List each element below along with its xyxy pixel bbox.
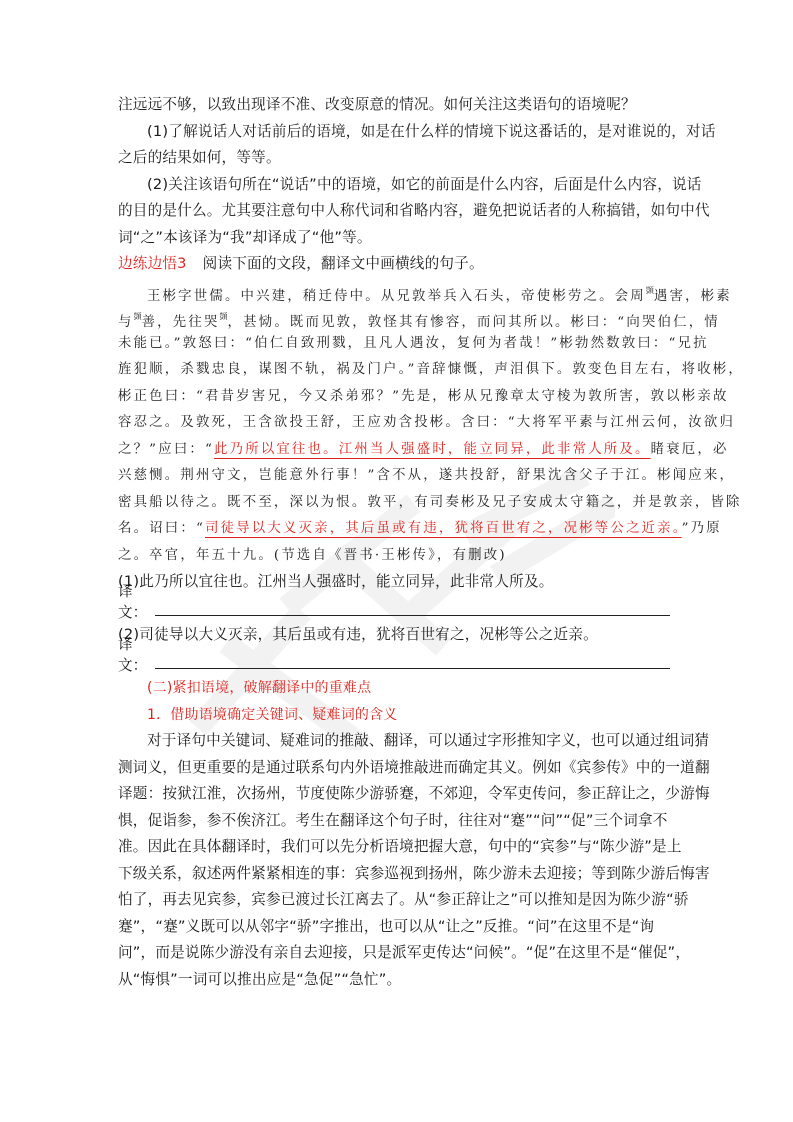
question-1: (1)此乃所以宜往也。江州当人强盛时，能立同异，此非常人所及。 xyxy=(118,569,670,596)
passage-line: 之？”应曰：“此乃所以宜往也。江州当人强盛时，能立同异，此非常人所及。睹衰厄，必 xyxy=(118,437,670,464)
section2-body-line: 下级关系，叙述两件紧紧相连的事：宾参巡视到扬州，陈少游未去迎接；等到陈少游后悔害 xyxy=(118,861,670,888)
exercise-header: 边练边悟3阅读下面的文段，翻译文中画横线的句子。 xyxy=(118,251,670,278)
passage-line: 容忍之。及敦死，王含欲投王舒，王应劝含投彬。含曰：“大将军平素与江州云何，汝欲归 xyxy=(118,410,670,437)
point1-line1: (1)了解说话人对话前后的语境，如是在什么样的情境下说这番话的，是对谁说的，对话 xyxy=(118,119,670,146)
question-2: (2)司徒导以大义灭亲，其后虽或有违，犹将百世宥之，况彬等公之近亲。 xyxy=(118,622,670,649)
section2-body-line: 译题：按狱江淮，次扬州，节度使陈少游骄蹇，不郊迎，令军吏传问，参正辞让之，少游悔 xyxy=(118,781,670,808)
section2-body-line: 蹇”，“蹇”义既可以从邻字“骄”字推出，也可以从“让之”反推。“问”在这里不是“… xyxy=(118,914,670,941)
passage-line: 王彬字世儒。中兴建，稍迁侍中。从兄敦举兵入石头，帝使彬劳之。会周顗遇害，彬素 xyxy=(118,278,670,305)
exercise-label: 边练边悟3 xyxy=(118,255,187,272)
exercise-instruction: 阅读下面的文段，翻译文中画横线的句子。 xyxy=(203,255,484,272)
section2-body-line: 测词义，但更重要的是通过联系句内外语境推敲进而确定其义。例如《宾参传》中的一道翻 xyxy=(118,755,670,782)
answer-field-2[interactable] xyxy=(155,648,670,669)
point2-line2: 的目的是什么。尤其要注意句中人称代词和省略内容，避免把说话者的人称搞错，如句中代 xyxy=(118,198,670,225)
passage-line: 彬正色曰：“君昔岁害兄，今又杀弟邪？”先是，彬从兄豫章太守棱为敦所害，敦以彬亲故 xyxy=(118,384,670,411)
section2-body-line: 惧，促诣参，参不俟济江。考生在翻译这个句子时，往往对“蹇”“问”“促”三个词拿不 xyxy=(118,808,670,835)
section2-body-line: 从“悔惧”一词可以推出应是“急促”“急忙”。 xyxy=(118,967,670,994)
passage-line: 兴慈恻。荆州守文，岂能意外行事！”含不从，遂共投舒，舒果沈含父子于江。彬闻应来， xyxy=(118,463,670,490)
passage-line: 未能已。”敦怒曰：“伯仁自致刑戮，且凡人遇汝，复何为者哉！”彬勃然数敦曰：“兄抗 xyxy=(118,331,670,358)
answer-row-1: 译文： xyxy=(118,596,670,623)
answer-label-1: 译文： xyxy=(118,580,151,622)
passage-line: 之。卒官，年五十九。(节选自《晋书·王彬传》，有删改) xyxy=(118,543,670,570)
section2-body-line: 怕了，再去见宾参，宾参已渡过长江离去了。从“参正辞让之”可以推知是因为陈少游“骄 xyxy=(118,887,670,914)
intro-paragraph: 注远远不够，以致出现译不准、改变原意的情况。如何关注这类语句的语境呢？ xyxy=(118,92,670,119)
passage-line: 密具船以待之。既不至，深以为恨。敦平，有司奏彬及兄子安成太守籍之，并是敦亲，皆除 xyxy=(118,490,670,517)
classical-passage: 王彬字世儒。中兴建，稍迁侍中。从兄敦举兵入石头，帝使彬劳之。会周顗遇害，彬素 与… xyxy=(118,278,670,570)
answer-row-2: 译文： xyxy=(118,649,670,676)
passage-line: 名。诏曰：“司徒导以大义灭亲，其后虽或有违，犹将百世宥之，况彬等公之近亲。”乃原 xyxy=(118,516,670,543)
section2-body-line: 问”，而是说陈少游没有亲自去迎接，只是派军吏传达“问候”。“促”在这里不是“催促… xyxy=(118,940,670,967)
answer-label-2: 译文： xyxy=(118,633,151,675)
underlined-sentence-2: 司徒导以大义灭亲，其后虽或有违，犹将百世宥之，况彬等公之近亲。 xyxy=(205,521,682,536)
section2-body-line: 准。因此在具体翻译时，我们可以先分析语境把握大意，句中的“宾参”与“陈少游”是上 xyxy=(118,834,670,861)
point1-line2: 之后的结果如何，等等。 xyxy=(118,145,670,172)
section2-heading: (二)紧扣语境，破解翻译中的重难点 xyxy=(118,675,670,702)
point2-line3: 词“之”本该译为“我”却译成了“他”等。 xyxy=(118,225,670,252)
answer-field-1[interactable] xyxy=(155,595,670,616)
document-page: 注远远不够，以致出现译不准、改变原意的情况。如何关注这类语句的语境呢？ (1)了… xyxy=(118,92,670,993)
passage-line: 旌犯顺，杀戮忠良，谋图不轨，祸及门户。”音辞慷慨，声泪俱下。敦变色目左右，将收彬… xyxy=(118,357,670,384)
section2-body-line: 对于译句中关键词、疑难词的推敲、翻译，可以通过字形推知字义，也可以通过组词猜 xyxy=(118,728,670,755)
point2-line1: (2)关注该语句所在“说话”中的语境，如它的前面是什么内容，后面是什么内容，说话 xyxy=(118,172,670,199)
underlined-sentence-1: 此乃所以宜往也。江州当人强盛时，能立同异，此非常人所及。 xyxy=(214,442,651,457)
passage-line: 与顗善，先往哭顗，甚恸。既而见敦，敦怪其有惨容，而问其所以。彬曰：“向哭伯仁，情 xyxy=(118,304,670,331)
section2-subheading: 1．借助语境确定关键词、疑难词的含义 xyxy=(118,702,670,729)
